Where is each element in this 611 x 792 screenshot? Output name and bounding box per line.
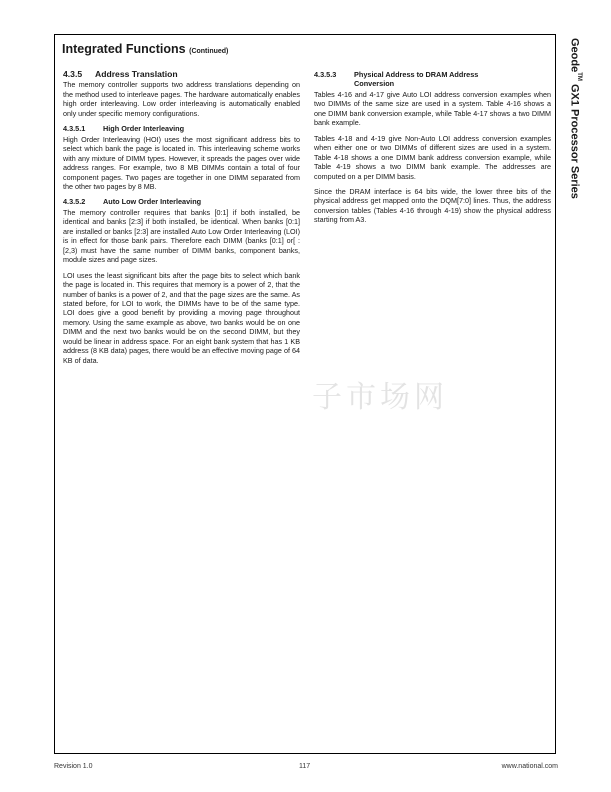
- section-number: 4.3.5: [63, 70, 95, 79]
- subsection-heading-4-3-5-3: 4.3.5.3Physical Address to DRAM AddressC…: [314, 70, 551, 89]
- page-title-suffix: (Continued): [189, 48, 228, 55]
- paragraph: LOI uses the least significant bits afte…: [63, 271, 300, 366]
- subsection-title-continued: Conversion: [314, 79, 551, 88]
- subsection-heading-4-3-5-2: 4.3.5.2Auto Low Order Interleaving: [63, 197, 300, 206]
- paragraph: Since the DRAM interface is 64 bits wide…: [314, 187, 551, 225]
- footer-website: www.national.com: [502, 763, 558, 770]
- paragraph: The memory controller requires that bank…: [63, 208, 300, 265]
- section-heading-4-3-5: 4.3.5Address Translation: [63, 70, 300, 79]
- watermark: 子市场网: [312, 372, 448, 416]
- subsection-number: 4.3.5.2: [63, 197, 103, 206]
- section-title: Address Translation: [95, 69, 178, 79]
- trademark-mark: TM: [576, 72, 582, 81]
- paragraph: Tables 4-16 and 4-17 give Auto LOI addre…: [314, 90, 551, 128]
- subsection-title: Auto Low Order Interleaving: [103, 197, 201, 206]
- subsection-number: 4.3.5.3: [314, 70, 354, 79]
- right-column: 4.3.5.3Physical Address to DRAM AddressC…: [314, 70, 551, 231]
- subsection-number: 4.3.5.1: [63, 124, 103, 133]
- subsection-title: Physical Address to DRAM Address: [354, 70, 478, 79]
- footer-revision: Revision 1.0: [54, 763, 93, 770]
- subsection-heading-4-3-5-1: 4.3.5.1High Order Interleaving: [63, 124, 300, 133]
- footer-page-number: 117: [299, 763, 310, 770]
- side-title-series: GX1 Processor Series: [568, 81, 580, 199]
- side-series-title: GeodeTM GX1 Processor Series: [568, 38, 582, 199]
- paragraph: The memory controller supports two addre…: [63, 80, 300, 118]
- paragraph: High Order Interleaving (HOI) uses the m…: [63, 135, 300, 192]
- page-title: Integrated Functions (Continued): [62, 42, 228, 56]
- left-column: 4.3.5Address Translation The memory cont…: [63, 70, 300, 371]
- side-title-brand: Geode: [568, 38, 580, 72]
- page-title-text: Integrated Functions: [62, 42, 186, 56]
- paragraph: Tables 4-18 and 4-19 give Non-Auto LOI a…: [314, 134, 551, 181]
- subsection-title: High Order Interleaving: [103, 124, 184, 133]
